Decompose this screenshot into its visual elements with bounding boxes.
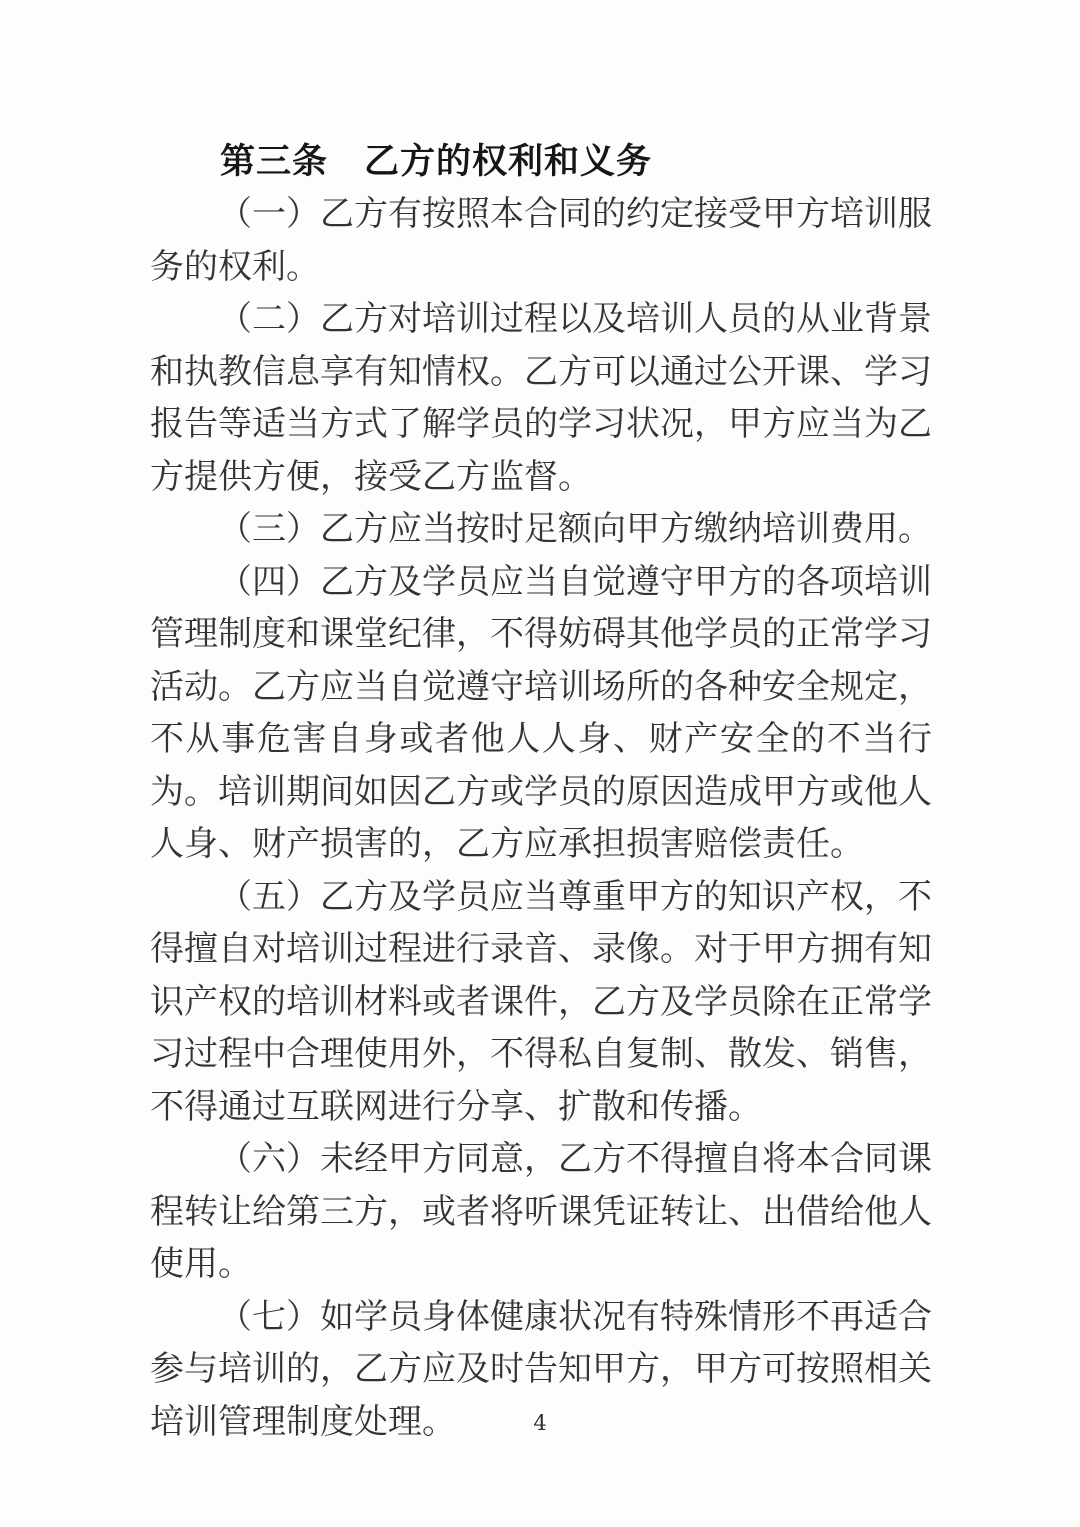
clause-6: （六）未经甲方同意，乙方不得擅自将本合同课程转让给第三方，或者将听课凭证转让、出… — [150, 1133, 932, 1291]
clause-2: （二）乙方对培训过程以及培训人员的从业背景和执教信息享有知情权。乙方可以通过公开… — [150, 293, 932, 503]
clause-4: （四）乙方及学员应当自觉遵守甲方的各项培训管理制度和课堂纪律，不得妨碍其他学员的… — [150, 556, 932, 871]
contract-body: 第三条 乙方的权利和义务 （一）乙方有按照本合同的约定接受甲方培训服务的权利。 … — [150, 136, 932, 1448]
clause-5: （五）乙方及学员应当尊重甲方的知识产权，不得擅自对培训过程进行录音、录像。对于甲… — [150, 871, 932, 1134]
document-page: 第三条 乙方的权利和义务 （一）乙方有按照本合同的约定接受甲方培训服务的权利。 … — [0, 0, 1080, 1527]
clause-1: （一）乙方有按照本合同的约定接受甲方培训服务的权利。 — [150, 188, 932, 293]
page-number: 4 — [0, 1408, 1080, 1438]
clause-3: （三）乙方应当按时足额向甲方缴纳培训费用。 — [150, 503, 932, 556]
section-heading-article-3: 第三条 乙方的权利和义务 — [150, 136, 932, 188]
